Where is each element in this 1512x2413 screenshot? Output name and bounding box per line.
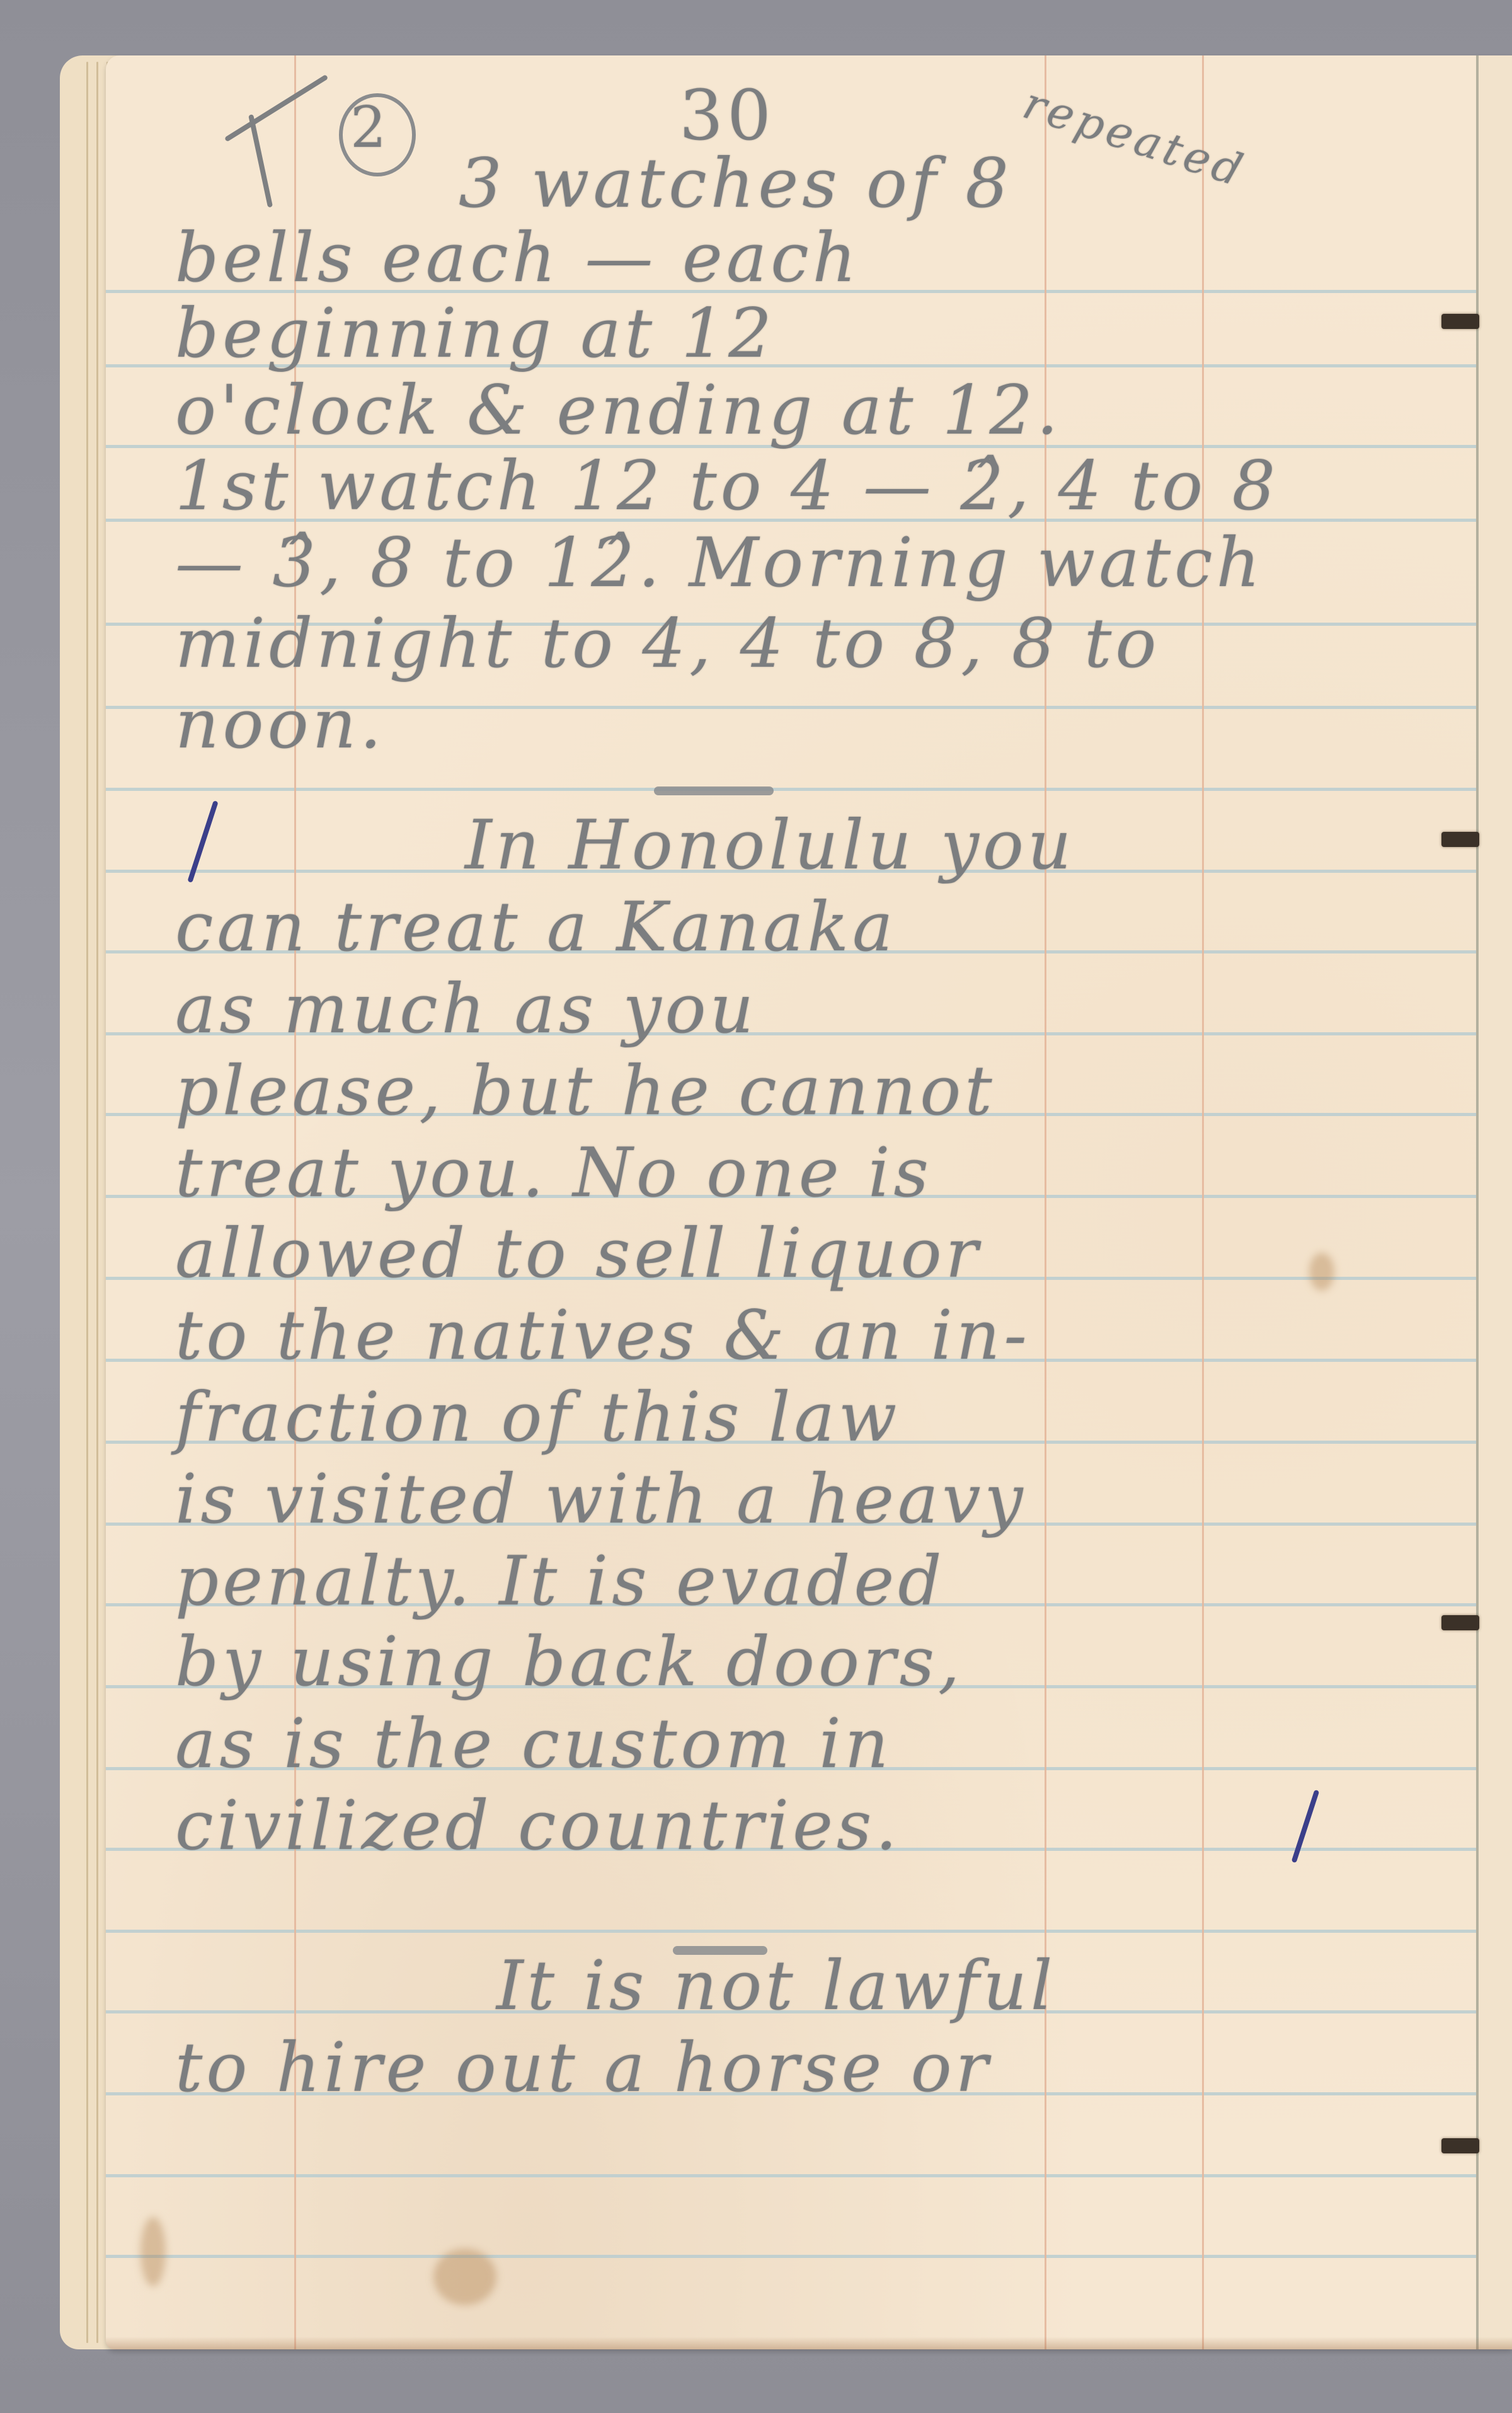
text-line: bells each — each — [175, 224, 860, 292]
text-line: treat you. No one is — [175, 1139, 932, 1207]
stain — [140, 2217, 166, 2286]
ruled-line — [106, 1930, 1512, 1933]
ruled-line — [106, 2255, 1512, 2258]
ruled-line — [106, 788, 1512, 791]
column-line — [1202, 55, 1204, 2349]
text-line: In Honolulu you — [465, 812, 1075, 880]
text-line: It is not lawful — [496, 1952, 1056, 2020]
section-divider — [654, 786, 774, 795]
text-line: by using back doors, — [175, 1628, 963, 1696]
page-edge — [86, 62, 88, 2343]
ruled-line — [106, 2174, 1512, 2177]
staple — [1441, 2138, 1479, 2153]
text-line: can treat a Kanaka — [175, 894, 896, 962]
text-line: 3 watches of 8 — [459, 150, 1012, 218]
text-line: 1st watch 12 to 4 — 2̂, 4 to 8 — [175, 452, 1279, 521]
text-line: midnight to 4, 4 to 8, 8 to — [175, 610, 1160, 678]
ink-tick-mark — [1291, 1790, 1320, 1863]
staple — [1441, 832, 1479, 847]
text-line: as much as you — [175, 976, 757, 1044]
staple — [1441, 1615, 1479, 1630]
text-line: o'clock & ending at 12. — [175, 377, 1062, 445]
text-line: please, but he cannot — [175, 1057, 996, 1126]
page-bottom-edge — [106, 2337, 1512, 2349]
text-line: is visited with a heavy — [175, 1466, 1026, 1534]
facing-page-edge — [1479, 55, 1512, 2349]
stain — [433, 2249, 496, 2305]
binding-gutter — [1476, 55, 1479, 2349]
text-line: penalty. It is evaded — [175, 1548, 945, 1616]
text-line: as is the custom in — [175, 1710, 892, 1778]
text-line: civilized countries. — [175, 1792, 901, 1860]
text-line: to the natives & an in- — [175, 1302, 1031, 1370]
text-line: — 3̂, 8 to 12̂. Morning watch — [175, 529, 1264, 597]
notebook-page: 2 30 repeated 3 watches of 8 bells each … — [106, 55, 1512, 2349]
staple — [1441, 314, 1479, 329]
marginal-note-repeated: repeated — [1018, 81, 1251, 193]
page-number: 30 — [679, 81, 775, 150]
text-line: to hire out a horse or — [175, 2034, 992, 2102]
page-edge — [96, 62, 98, 2343]
text-line: noon. — [175, 691, 386, 759]
circled-number-text: 2 — [350, 100, 390, 156]
text-line: beginning at 12 — [175, 300, 776, 368]
text-line: fraction of this law — [175, 1384, 900, 1452]
stain — [1309, 1253, 1334, 1291]
text-line: allowed to sell liquor — [175, 1220, 982, 1288]
